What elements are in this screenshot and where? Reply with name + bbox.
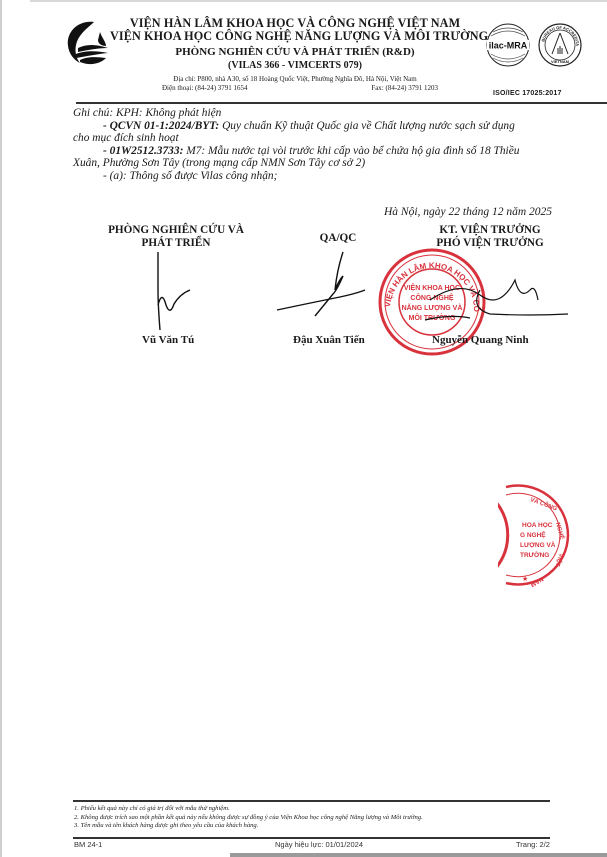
svg-text:NGHỆ: NGHỆ [554, 521, 566, 540]
institute-name: VIỆN KHOA HỌC CÔNG NGHỆ NĂNG LƯỢNG VÀ MÔ… [110, 30, 480, 43]
footer-note-2: 2. Không được trích sao một phần kết quả… [74, 814, 423, 823]
letterhead: VIỆN HÀN LÂM KHOA HỌC VÀ CÔNG NGHỆ VIỆT … [110, 17, 480, 93]
footer-divider-top [73, 800, 550, 802]
standard-desc: Quy chuẩn Kỹ thuật Quốc gia về Chất lượn… [219, 120, 515, 132]
effective-date: Ngày hiệu lực: 01/01/2024 [275, 840, 363, 849]
footer-note-1: 1. Phiếu kết quả này chỉ có giá trị đối … [74, 805, 423, 814]
boa-vietnam-badge-icon: BUREAU OF ACCREDITATION VIETNAM [537, 22, 583, 68]
footer-notes: 1. Phiếu kết quả này chỉ có giá trị đối … [74, 805, 423, 831]
signature-dau-xuan-tien [275, 250, 375, 320]
scan-edge-bottom [230, 853, 607, 857]
address: Địa chỉ: P800, nhà A30, số 18 Hoàng Quốc… [110, 75, 480, 84]
footer-note-3: 3. Tên mẫu và tên khách hàng được ghi th… [74, 822, 423, 831]
svg-text:LƯỢNG VÀ: LƯỢNG VÀ [520, 540, 556, 549]
page-seal-stamp-partial: HOA HỌC G NGHỆ LƯỢNG VÀ TRƯỜNG VÀ CÔNG N… [498, 475, 588, 595]
sample-desc: M7: Mẫu nước tại vòi trước khi cấp vào b… [183, 145, 519, 157]
accreditation-codes: (VILAS 366 - VIMCERTS 079) [110, 59, 480, 73]
standard-code: - QCVN 01-1:2024/BYT: [103, 120, 219, 132]
svg-text:HOA HỌC: HOA HỌC [522, 522, 553, 529]
signer-name-qaqc: Đậu Xuân Tiến [293, 334, 365, 346]
accreditation-badges: ilac-MRA BUREAU OF ACCREDITATION VIETNAM [485, 22, 603, 72]
department-name: PHÒNG NGHIÊN CỨU VÀ PHÁT TRIỂN (R&D) [110, 45, 480, 59]
svg-text:ilac-MRA: ilac-MRA [489, 41, 528, 51]
notes-title: Ghi chú: KPH: Không phát hiện [73, 107, 563, 120]
svg-text:TRƯỜNG: TRƯỜNG [520, 550, 549, 559]
signer-name-rd: Vũ Văn Tú [142, 334, 194, 346]
sample-code: - 01W2512.3733: [103, 145, 183, 157]
svg-text:G NGHỆ: G NGHỆ [520, 530, 546, 539]
iso-standard: ISO/IEC 17025:2017 [493, 90, 562, 97]
header-divider [76, 102, 607, 104]
ilac-mra-badge-icon: ilac-MRA [485, 22, 531, 68]
fax: Fax: (84-24) 3791 1203 [371, 84, 438, 93]
footer-divider-bottom [73, 837, 550, 839]
scan-edge-top [30, 0, 607, 2]
sig-block-qaqc-title: QA/QC [313, 232, 363, 245]
page-number: Trang: 2/2 [516, 840, 550, 849]
phone: Điện thoại: (84-24) 3791 1654 [162, 84, 248, 93]
signature-nguyen-quang-ninh [420, 270, 570, 330]
signer-name-director: Nguyễn Quang Ninh [432, 334, 529, 346]
scan-edge-left [0, 0, 2, 857]
signing-date: Hà Nội, ngày 22 tháng 12 năm 2025 [384, 206, 552, 218]
signature-vu-van-tu [140, 250, 210, 335]
sample-desc-cont: Xuân, Phường Sơn Tây (trong mạng cấp NMN… [73, 157, 563, 170]
svg-text:★: ★ [522, 575, 528, 583]
svg-text:VIETNAM: VIETNAM [551, 59, 570, 64]
institute-wave-logo-icon [64, 18, 110, 68]
svg-text:VÀ CÔNG: VÀ CÔNG [529, 495, 558, 512]
svg-text:NAM: NAM [529, 575, 544, 587]
standard-desc-cont: cho mục đích sinh hoạt [73, 132, 563, 145]
notes-section: Ghi chú: KPH: Không phát hiện - QCVN 01-… [73, 107, 563, 183]
sig-block-rd-title: PHÒNG NGHIÊN CỨU VÀ PHÁT TRIỂN [96, 224, 256, 250]
form-code: BM 24-1 [74, 840, 102, 849]
vilas-note: - (a): Thông số được Vilas công nhận; [73, 170, 563, 183]
svg-text:BUREAU OF ACCREDITATION: BUREAU OF ACCREDITATION [537, 22, 580, 46]
